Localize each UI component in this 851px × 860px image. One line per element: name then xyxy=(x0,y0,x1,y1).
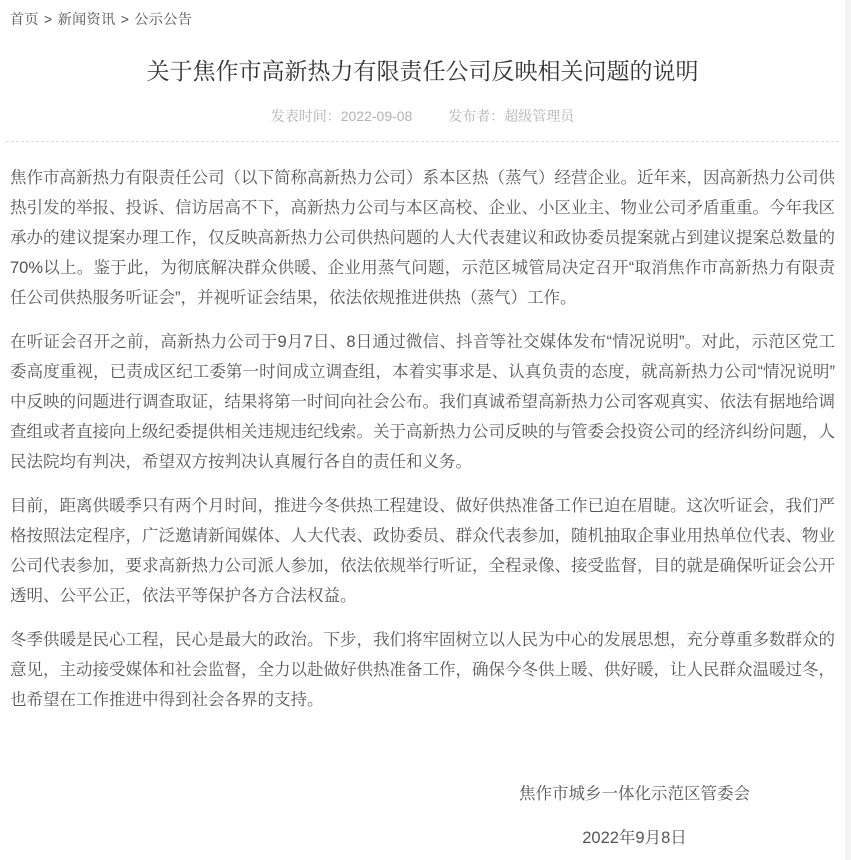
publish-time-label: 发表时间： xyxy=(271,108,341,124)
signature-org: 焦作市城乡一体化示范区管委会 xyxy=(519,779,750,809)
breadcrumb-separator: > xyxy=(121,11,130,27)
article-body: 焦作市高新热力有限责任公司（以下简称高新热力公司）系本区热（蒸气）经营企业。近年… xyxy=(0,142,845,853)
breadcrumb-item-home[interactable]: 首页 xyxy=(10,11,39,27)
publish-time: 发表时间：2022-09-08 xyxy=(271,108,413,124)
article-paragraph: 在听证会召开之前，高新热力公司于9月7日、8日通过微信、抖音等社交媒体发布“情况… xyxy=(10,327,835,477)
article-paragraph: 焦作市高新热力有限责任公司（以下简称高新热力公司）系本区热（蒸气）经营企业。近年… xyxy=(10,163,835,313)
publish-time-value: 2022-09-08 xyxy=(341,108,413,124)
article-paragraph: 目前，距离供暖季只有两个月时间，推进今冬供热工程建设、做好供热准备工作已迫在眉睫… xyxy=(10,491,835,611)
publisher-label: 发布者： xyxy=(448,108,504,124)
breadcrumb-separator: > xyxy=(44,11,53,27)
article-paragraph: 冬季供暖是民心工程，民心是最大的政治。下步，我们将牢固树立以人民为中心的发展思想… xyxy=(10,625,835,715)
publisher: 发布者：超级管理员 xyxy=(448,108,574,124)
page-title: 关于焦作市高新热力有限责任公司反映相关问题的说明 xyxy=(0,57,845,87)
signature-date: 2022年9月8日 xyxy=(519,823,750,853)
breadcrumb-item-announcements[interactable]: 公示公告 xyxy=(134,11,192,27)
publisher-value: 超级管理员 xyxy=(504,108,574,124)
signature-block: 焦作市城乡一体化示范区管委会 2022年9月8日 xyxy=(519,779,750,853)
breadcrumb: 首页>新闻资讯>公示公告 xyxy=(0,0,845,29)
breadcrumb-item-news[interactable]: 新闻资讯 xyxy=(58,11,116,27)
article-meta: 发表时间：2022-09-08 发布者：超级管理员 xyxy=(0,106,845,126)
article-page: 首页>新闻资讯>公示公告 关于焦作市高新热力有限责任公司反映相关问题的说明 发表… xyxy=(0,0,845,860)
